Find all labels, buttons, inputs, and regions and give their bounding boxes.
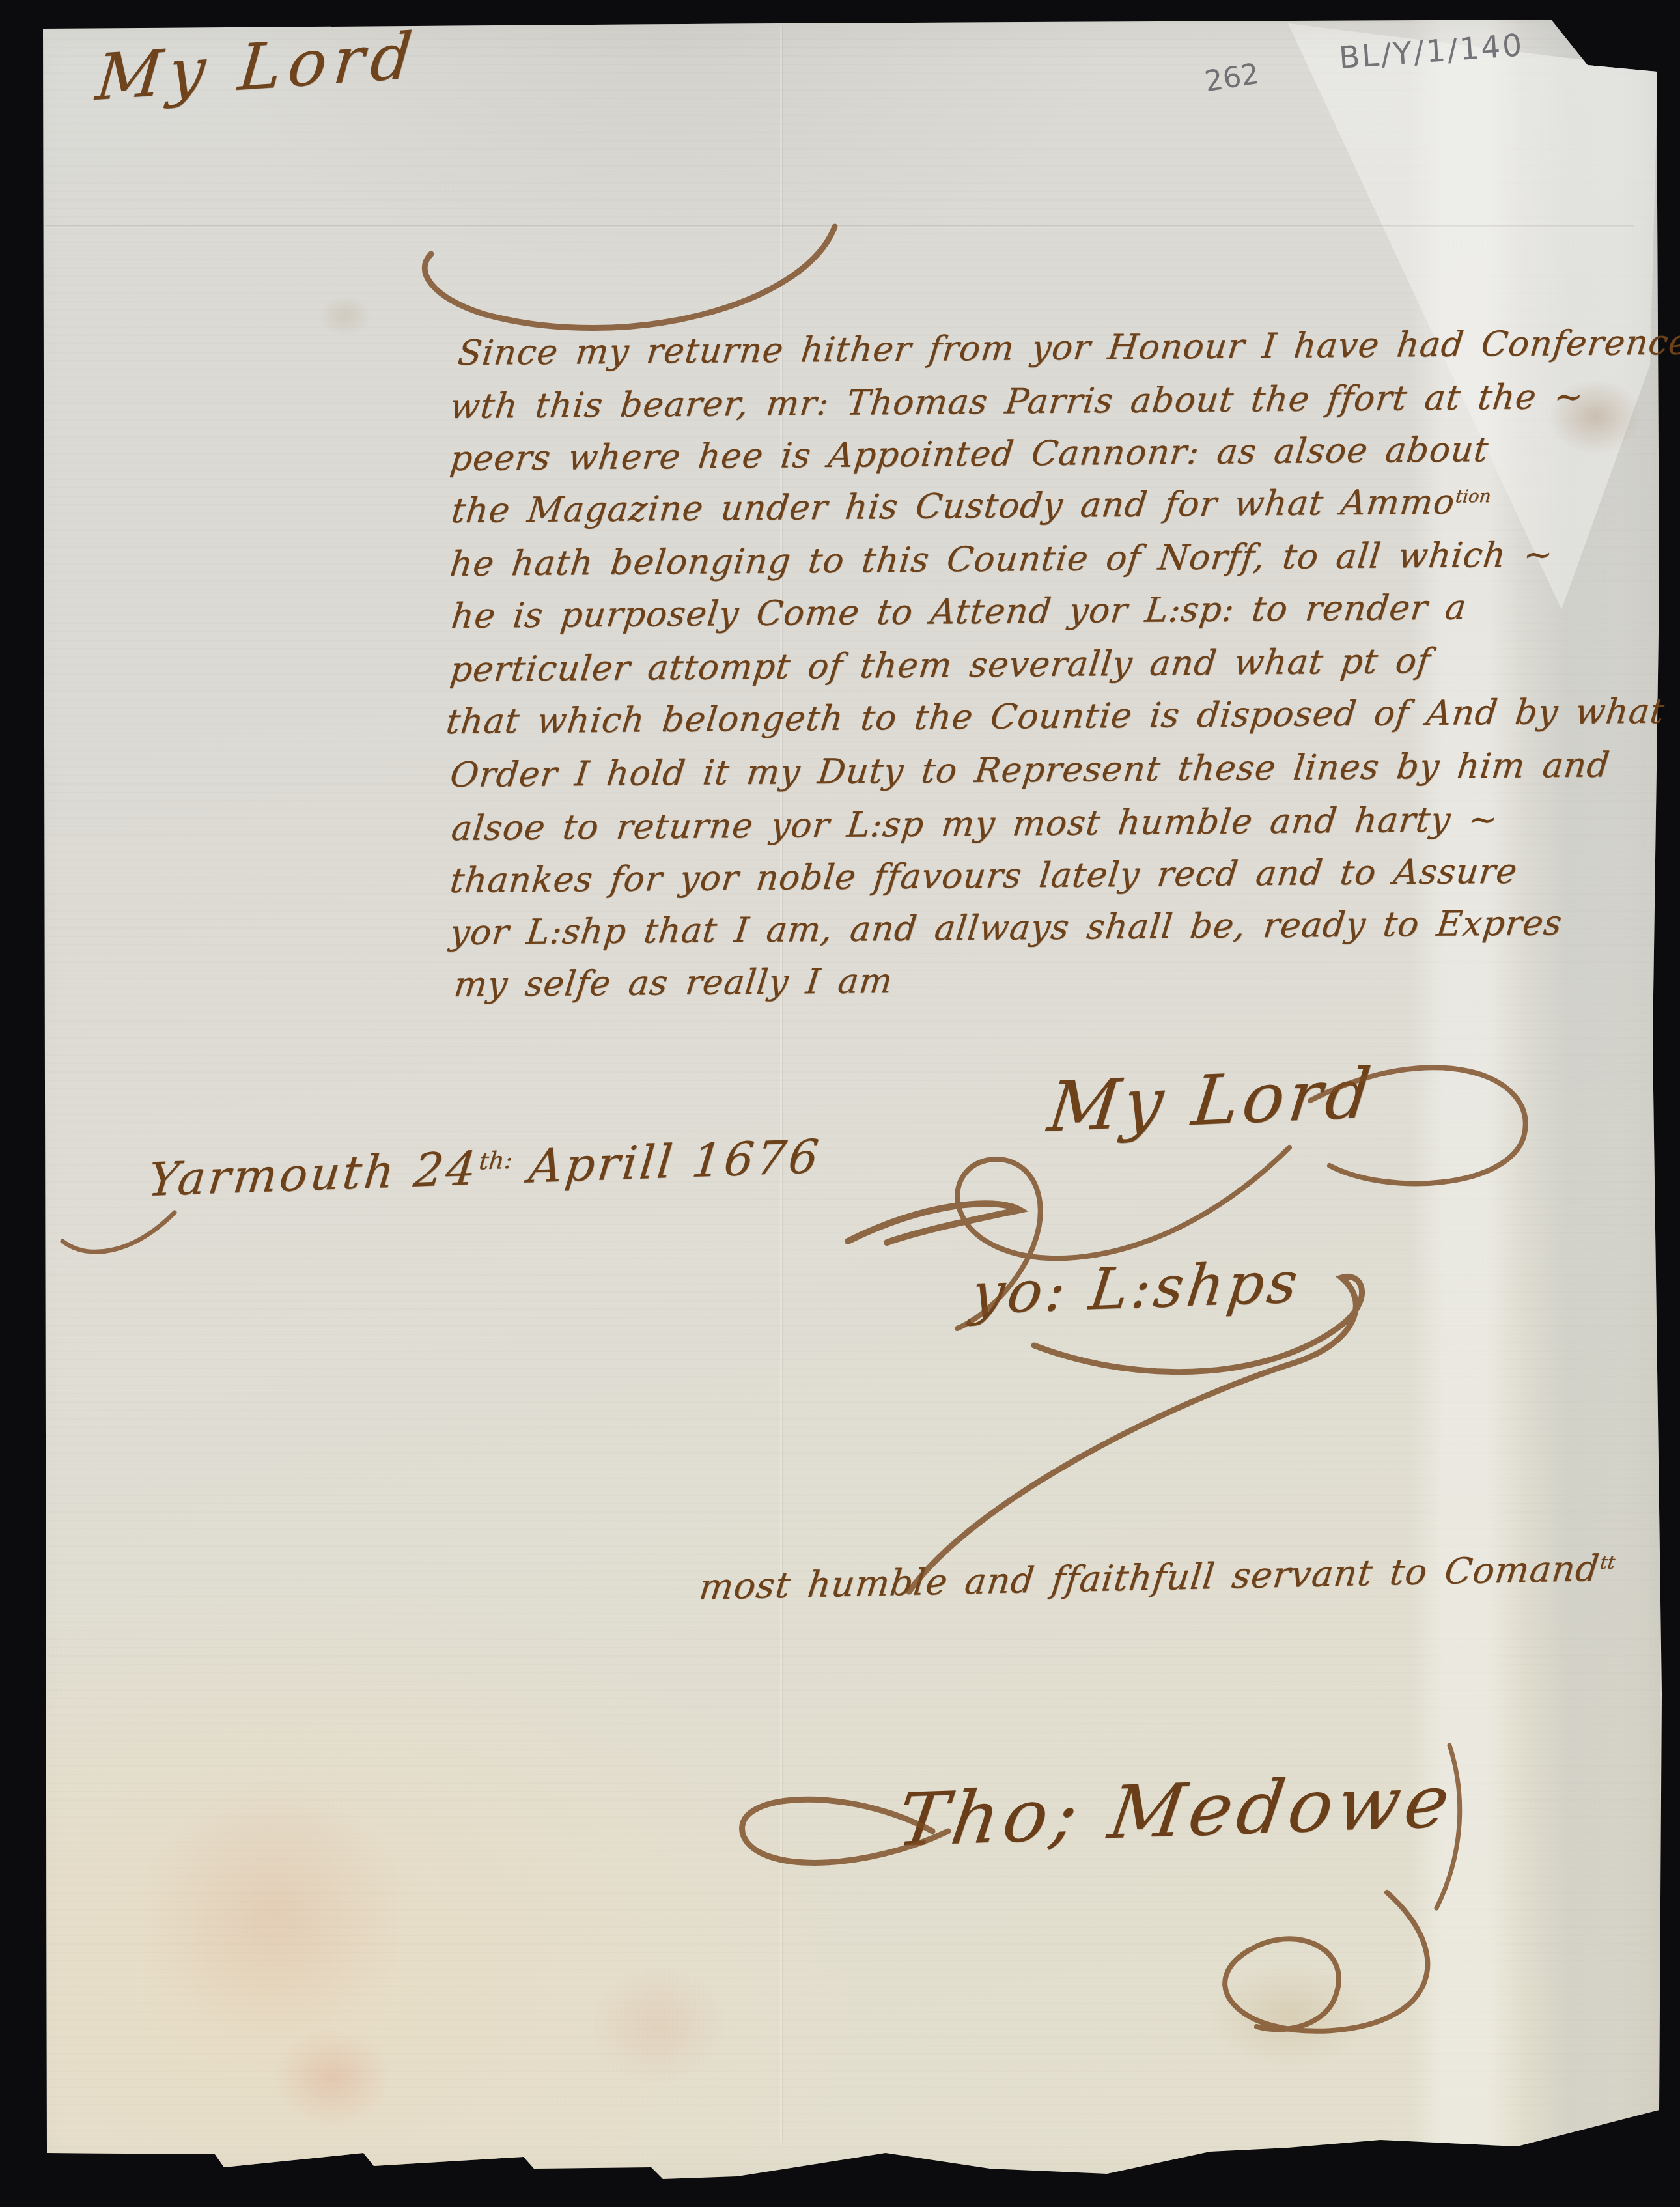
- closing-yours: yo: L:shps: [968, 1248, 1304, 1327]
- tan-stain: [1172, 1941, 1407, 2090]
- manuscript-scan: 262 BL/Y/1/140 My Lord Since my returne …: [0, 0, 1680, 2207]
- dateline-ordinal: th:: [477, 1146, 514, 1175]
- body-line: my selfe as really I am: [452, 961, 895, 1005]
- red-stain: [247, 2006, 417, 2149]
- red-stain: [78, 1719, 469, 2110]
- servant-superscript: tt: [1599, 1551, 1616, 1573]
- closing-address: My Lord: [1044, 1053, 1379, 1147]
- ammunition-superscript: tion: [1454, 486, 1492, 507]
- horizontal-fold-crease: [46, 225, 1634, 228]
- dateline-month-year: Aprill 1676: [526, 1129, 824, 1194]
- foxing-spot: [306, 287, 384, 345]
- red-stain: [560, 1941, 755, 2110]
